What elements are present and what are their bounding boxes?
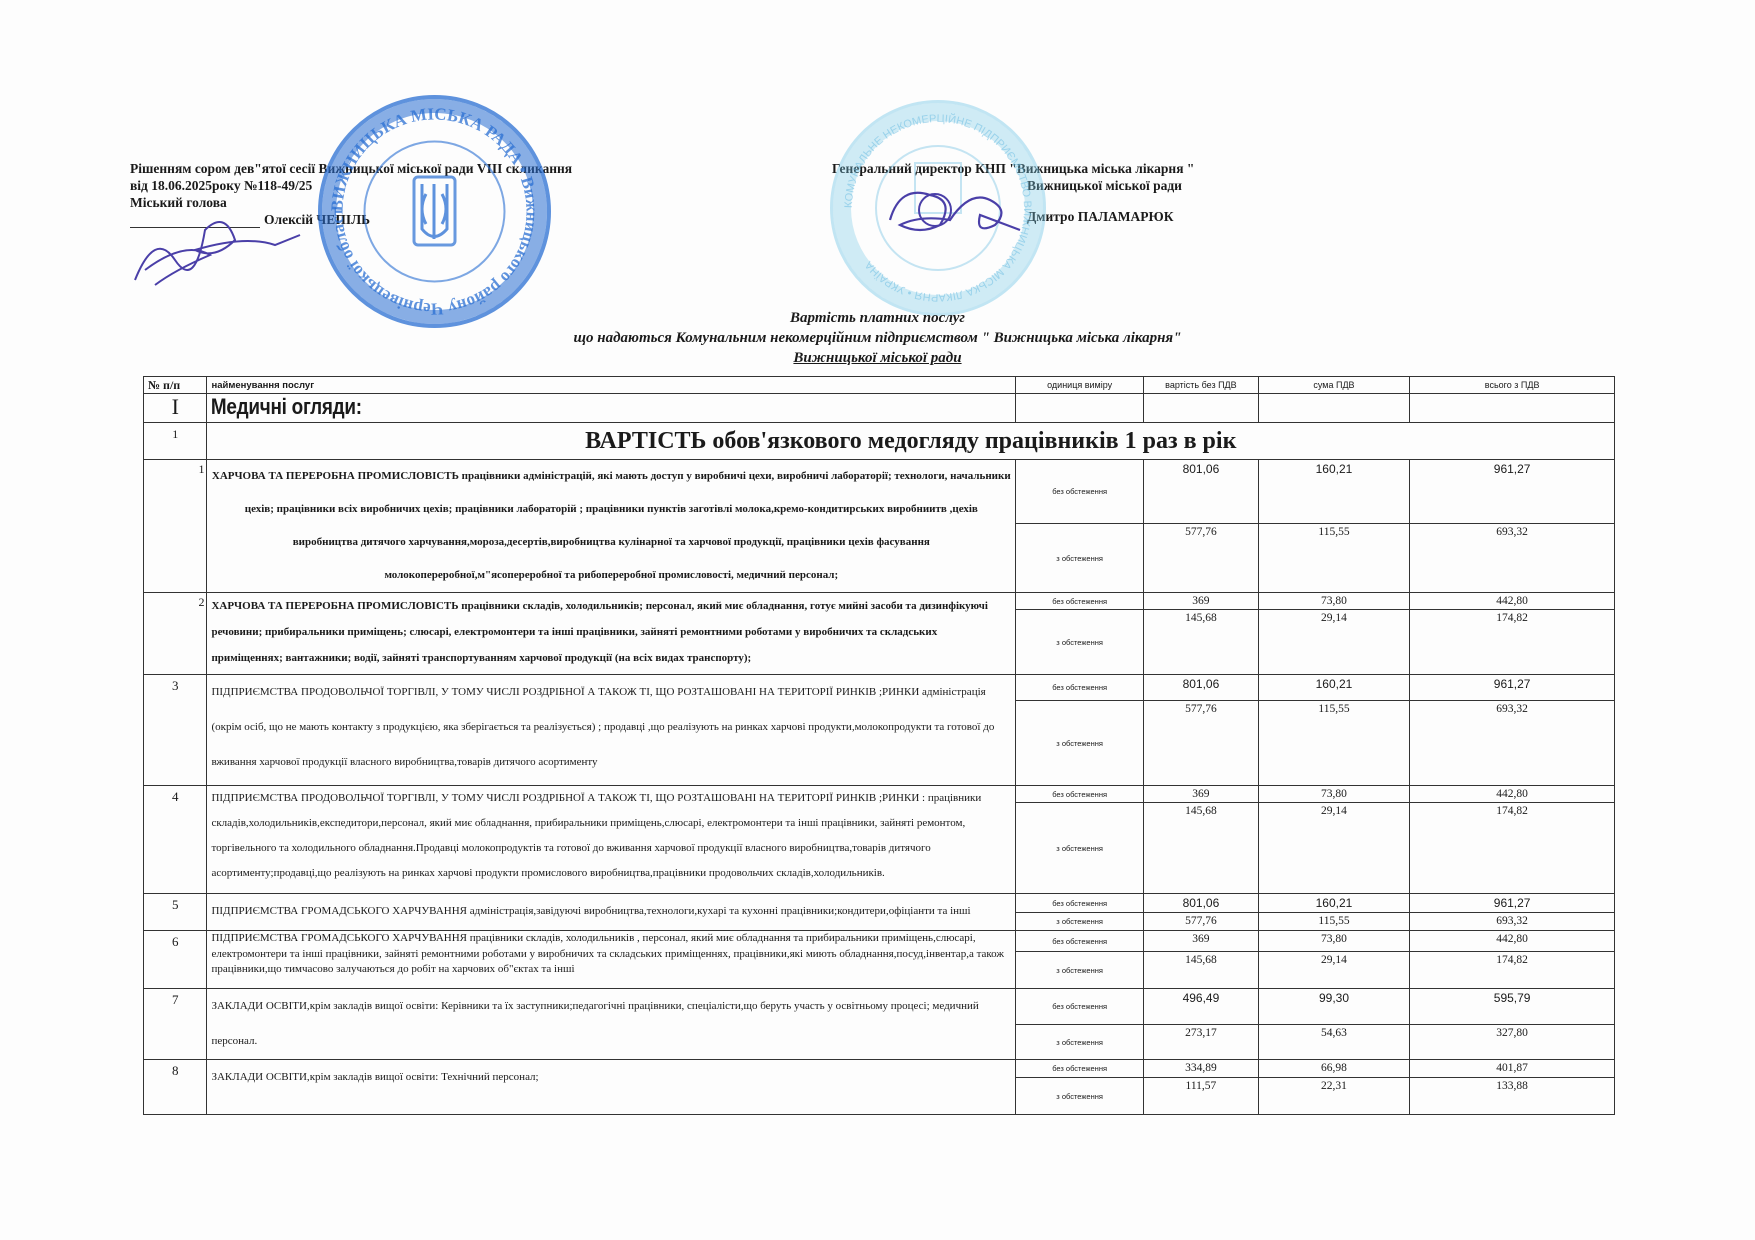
unit-with-exam: з обстеження	[1016, 913, 1144, 931]
price-with-exam: 111,57	[1144, 1078, 1259, 1115]
service-details: адміністрація,завідуючі виробництва,техн…	[467, 905, 971, 917]
unit-without-exam: без обстеження	[1016, 460, 1144, 524]
price-without-exam: 801,06	[1144, 675, 1259, 701]
header-name: найменування послуг	[207, 377, 1016, 394]
service-category: ЗАКЛАДИ ОСВІТИ,	[211, 1071, 309, 1083]
price-with-exam: 145,68	[1144, 952, 1259, 989]
price-without-exam: 369	[1144, 931, 1259, 952]
row-number: 2	[144, 593, 207, 675]
table-row: 3ПІДПРИЄМСТВА ПРОДОВОЛЬЧОЇ ТОРГІВЛІ, У Т…	[144, 675, 1615, 701]
price-with-exam: 145,68	[1144, 803, 1259, 894]
price-with-exam: 577,76	[1144, 701, 1259, 786]
service-details: крім закладів вищої освіти: Керівники та…	[211, 1000, 978, 1047]
unit-with-exam: з обстеження	[1016, 1025, 1144, 1060]
service-details: крім закладів вищої освіти: Технічний пе…	[310, 1071, 539, 1083]
service-category: ЗАКЛАДИ ОСВІТИ,	[211, 1000, 309, 1012]
header-price: вартість без ПДВ	[1144, 377, 1259, 394]
header-total: всього з ПДВ	[1410, 377, 1615, 394]
unit-without-exam: без обстеження	[1016, 593, 1144, 610]
table-row: 1ХАРЧОВА ТА ПЕРЕРОБНА ПРОМИСЛОВІСТЬ прац…	[144, 460, 1615, 524]
table-row: 4ПІДПРИЄМСТВА ПРОДОВОЛЬЧОЇ ТОРГІВЛІ, У Т…	[144, 786, 1615, 803]
total-without-exam: 961,27	[1410, 460, 1615, 524]
service-category: ХАРЧОВА ТА ПЕРЕРОБНА ПРОМИСЛОВІСТЬ	[211, 600, 458, 612]
director-title: Генеральний директор КНП "Вижницька місь…	[832, 160, 1194, 177]
total-without-exam: 961,27	[1410, 675, 1615, 701]
service-category: ПІДПРИЄМСТВА ПРОДОВОЛЬЧОЇ ТОРГІВЛІ, У ТО…	[211, 792, 925, 804]
table-row: 8ЗАКЛАДИ ОСВІТИ,крім закладів вищої осві…	[144, 1060, 1615, 1078]
vat-without-exam: 73,80	[1258, 786, 1410, 803]
price-without-exam: 369	[1144, 593, 1259, 610]
approval-decision-line: Рішенням сором дев"ятої сесії Вижницької…	[130, 160, 572, 177]
unit-with-exam: з обстеження	[1016, 803, 1144, 894]
service-details: працівники складів,холодильників,експеди…	[211, 792, 981, 879]
service-description: ЗАКЛАДИ ОСВІТИ,крім закладів вищої освіт…	[207, 1060, 1016, 1115]
service-category: ХАРЧОВА ТА ПЕРЕРОБНА ПРОМИСЛОВІСТЬ	[212, 470, 459, 482]
unit-without-exam: без обстеження	[1016, 1060, 1144, 1078]
vat-with-exam: 115,55	[1258, 701, 1410, 786]
vat-without-exam: 66,98	[1258, 1060, 1410, 1078]
row-number: 7	[144, 989, 207, 1060]
subsection-title: ВАРТІСТЬ обов'язкового медогляду працівн…	[207, 423, 1615, 460]
subsection-row-annual-exam: 1 ВАРТІСТЬ обов'язкового медогляду праці…	[144, 423, 1615, 460]
document-subtitle: що надаються Комунальним некомерційним п…	[0, 328, 1755, 348]
price-with-exam: 577,76	[1144, 913, 1259, 931]
unit-with-exam: з обстеження	[1016, 1078, 1144, 1115]
total-without-exam: 961,27	[1410, 894, 1615, 913]
vat-with-exam: 54,63	[1258, 1025, 1410, 1060]
service-details: працівники адміністрацій, які мають дост…	[245, 470, 1011, 581]
service-category: ПІДПРИЄМСТВА ПРОДОВОЛЬЧОЇ ТОРГІВЛІ, У ТО…	[211, 686, 919, 698]
row-number: 6	[144, 931, 207, 989]
total-without-exam: 442,80	[1410, 931, 1615, 952]
total-without-exam: 442,80	[1410, 593, 1615, 610]
total-without-exam: 401,87	[1410, 1060, 1615, 1078]
service-description: ПІДПРИЄМСТВА ГРОМАДСЬКОГО ХАРЧУВАННЯ пра…	[207, 931, 1016, 989]
price-without-exam: 334,89	[1144, 1060, 1259, 1078]
total-with-exam: 174,82	[1410, 952, 1615, 989]
approval-date-line: від 18.06.2025року №118-49/25	[130, 177, 572, 194]
vat-with-exam: 22,31	[1258, 1078, 1410, 1115]
price-with-exam: 577,76	[1144, 524, 1259, 593]
service-category: ПІДПРИЄМСТВА ГРОМАДСЬКОГО ХАРЧУВАННЯ	[211, 932, 467, 944]
total-without-exam: 595,79	[1410, 989, 1615, 1025]
vat-without-exam: 73,80	[1258, 593, 1410, 610]
director-council: Вижницької міської ради	[832, 177, 1194, 194]
vat-with-exam: 115,55	[1258, 913, 1410, 931]
row-number: 5	[144, 894, 207, 931]
row-number: 3	[144, 675, 207, 786]
table-row: 6ПІДПРИЄМСТВА ГРОМАДСЬКОГО ХАРЧУВАННЯ пр…	[144, 931, 1615, 952]
vat-with-exam: 29,14	[1258, 952, 1410, 989]
unit-with-exam: з обстеження	[1016, 952, 1144, 989]
vat-without-exam: 99,30	[1258, 989, 1410, 1025]
table-row: 2ХАРЧОВА ТА ПЕРЕРОБНА ПРОМИСЛОВІСТЬ прац…	[144, 593, 1615, 610]
director-name: Дмитро ПАЛАМАРЮК	[832, 208, 1194, 225]
total-without-exam: 442,80	[1410, 786, 1615, 803]
service-description: ЗАКЛАДИ ОСВІТИ,крім закладів вищої освіт…	[207, 989, 1016, 1060]
vat-with-exam: 29,14	[1258, 803, 1410, 894]
vat-without-exam: 160,21	[1258, 894, 1410, 913]
row-number: 1	[144, 460, 207, 593]
header-unit: одиниця виміру	[1016, 377, 1144, 394]
service-description: ПІДПРИЄМСТВА ГРОМАДСЬКОГО ХАРЧУВАННЯ адм…	[207, 894, 1016, 931]
price-without-exam: 801,06	[1144, 894, 1259, 913]
price-table: № п/п найменування послуг одиниця виміру…	[143, 376, 1615, 1115]
signatory-name: Олексій ЧЕПІЛЬ	[264, 212, 370, 227]
total-with-exam: 133,88	[1410, 1078, 1615, 1115]
price-without-exam: 801,06	[1144, 460, 1259, 524]
vat-with-exam: 115,55	[1258, 524, 1410, 593]
total-with-exam: 693,32	[1410, 913, 1615, 931]
approval-block-left: Рішенням сором дев"ятої сесії Вижницької…	[130, 160, 572, 228]
service-category: ПІДПРИЄМСТВА ГРОМАДСЬКОГО ХАРЧУВАННЯ	[211, 905, 467, 917]
vat-with-exam: 29,14	[1258, 610, 1410, 675]
table-header-row: № п/п найменування послуг одиниця виміру…	[144, 377, 1615, 394]
total-with-exam: 174,82	[1410, 803, 1615, 894]
table-row: 7ЗАКЛАДИ ОСВІТИ,крім закладів вищої осві…	[144, 989, 1615, 1025]
header-num: № п/п	[144, 377, 207, 394]
service-description: ПІДПРИЄМСТВА ПРОДОВОЛЬЧОЇ ТОРГІВЛІ, У ТО…	[207, 786, 1016, 894]
table-row: 5ПІДПРИЄМСТВА ГРОМАДСЬКОГО ХАРЧУВАННЯ ад…	[144, 894, 1615, 913]
unit-without-exam: без обстеження	[1016, 931, 1144, 952]
price-without-exam: 496,49	[1144, 989, 1259, 1025]
row-number: 8	[144, 1060, 207, 1115]
approval-block-right: Генеральний директор КНП "Вижницька місь…	[832, 160, 1194, 225]
unit-without-exam: без обстеження	[1016, 989, 1144, 1025]
section-title: Медичні огляди:	[207, 394, 902, 423]
price-with-exam: 273,17	[1144, 1025, 1259, 1060]
document-subtitle-council: Вижницької міської ради	[0, 348, 1755, 368]
unit-with-exam: з обстеження	[1016, 524, 1144, 593]
section-number: I	[144, 394, 207, 423]
vat-without-exam: 73,80	[1258, 931, 1410, 952]
unit-without-exam: без обстеження	[1016, 675, 1144, 701]
approval-position: Міський голова	[130, 194, 572, 211]
unit-with-exam: з обстеження	[1016, 610, 1144, 675]
unit-without-exam: без обстеження	[1016, 894, 1144, 913]
header-vat: сума ПДВ	[1258, 377, 1410, 394]
approval-signature-line: Олексій ЧЕПІЛЬ	[130, 211, 572, 228]
total-with-exam: 693,32	[1410, 524, 1615, 593]
service-description: ХАРЧОВА ТА ПЕРЕРОБНА ПРОМИСЛОВІСТЬ праці…	[207, 593, 1016, 675]
service-details: адміністрація (окрім осіб, що не мають к…	[211, 686, 994, 768]
total-with-exam: 327,80	[1410, 1025, 1615, 1060]
unit-without-exam: без обстеження	[1016, 786, 1144, 803]
section-row-medical-exams: I Медичні огляди:	[144, 394, 1615, 423]
service-description: ПІДПРИЄМСТВА ПРОДОВОЛЬЧОЇ ТОРГІВЛІ, У ТО…	[207, 675, 1016, 786]
service-description: ХАРЧОВА ТА ПЕРЕРОБНА ПРОМИСЛОВІСТЬ праці…	[207, 460, 1016, 593]
subsection-number: 1	[144, 423, 207, 460]
signature-underline	[130, 227, 260, 228]
document-title: Вартість платних послуг	[0, 308, 1755, 328]
row-number: 4	[144, 786, 207, 894]
total-with-exam: 693,32	[1410, 701, 1615, 786]
price-with-exam: 145,68	[1144, 610, 1259, 675]
vat-without-exam: 160,21	[1258, 675, 1410, 701]
unit-with-exam: з обстеження	[1016, 701, 1144, 786]
total-with-exam: 174,82	[1410, 610, 1615, 675]
vat-without-exam: 160,21	[1258, 460, 1410, 524]
price-without-exam: 369	[1144, 786, 1259, 803]
